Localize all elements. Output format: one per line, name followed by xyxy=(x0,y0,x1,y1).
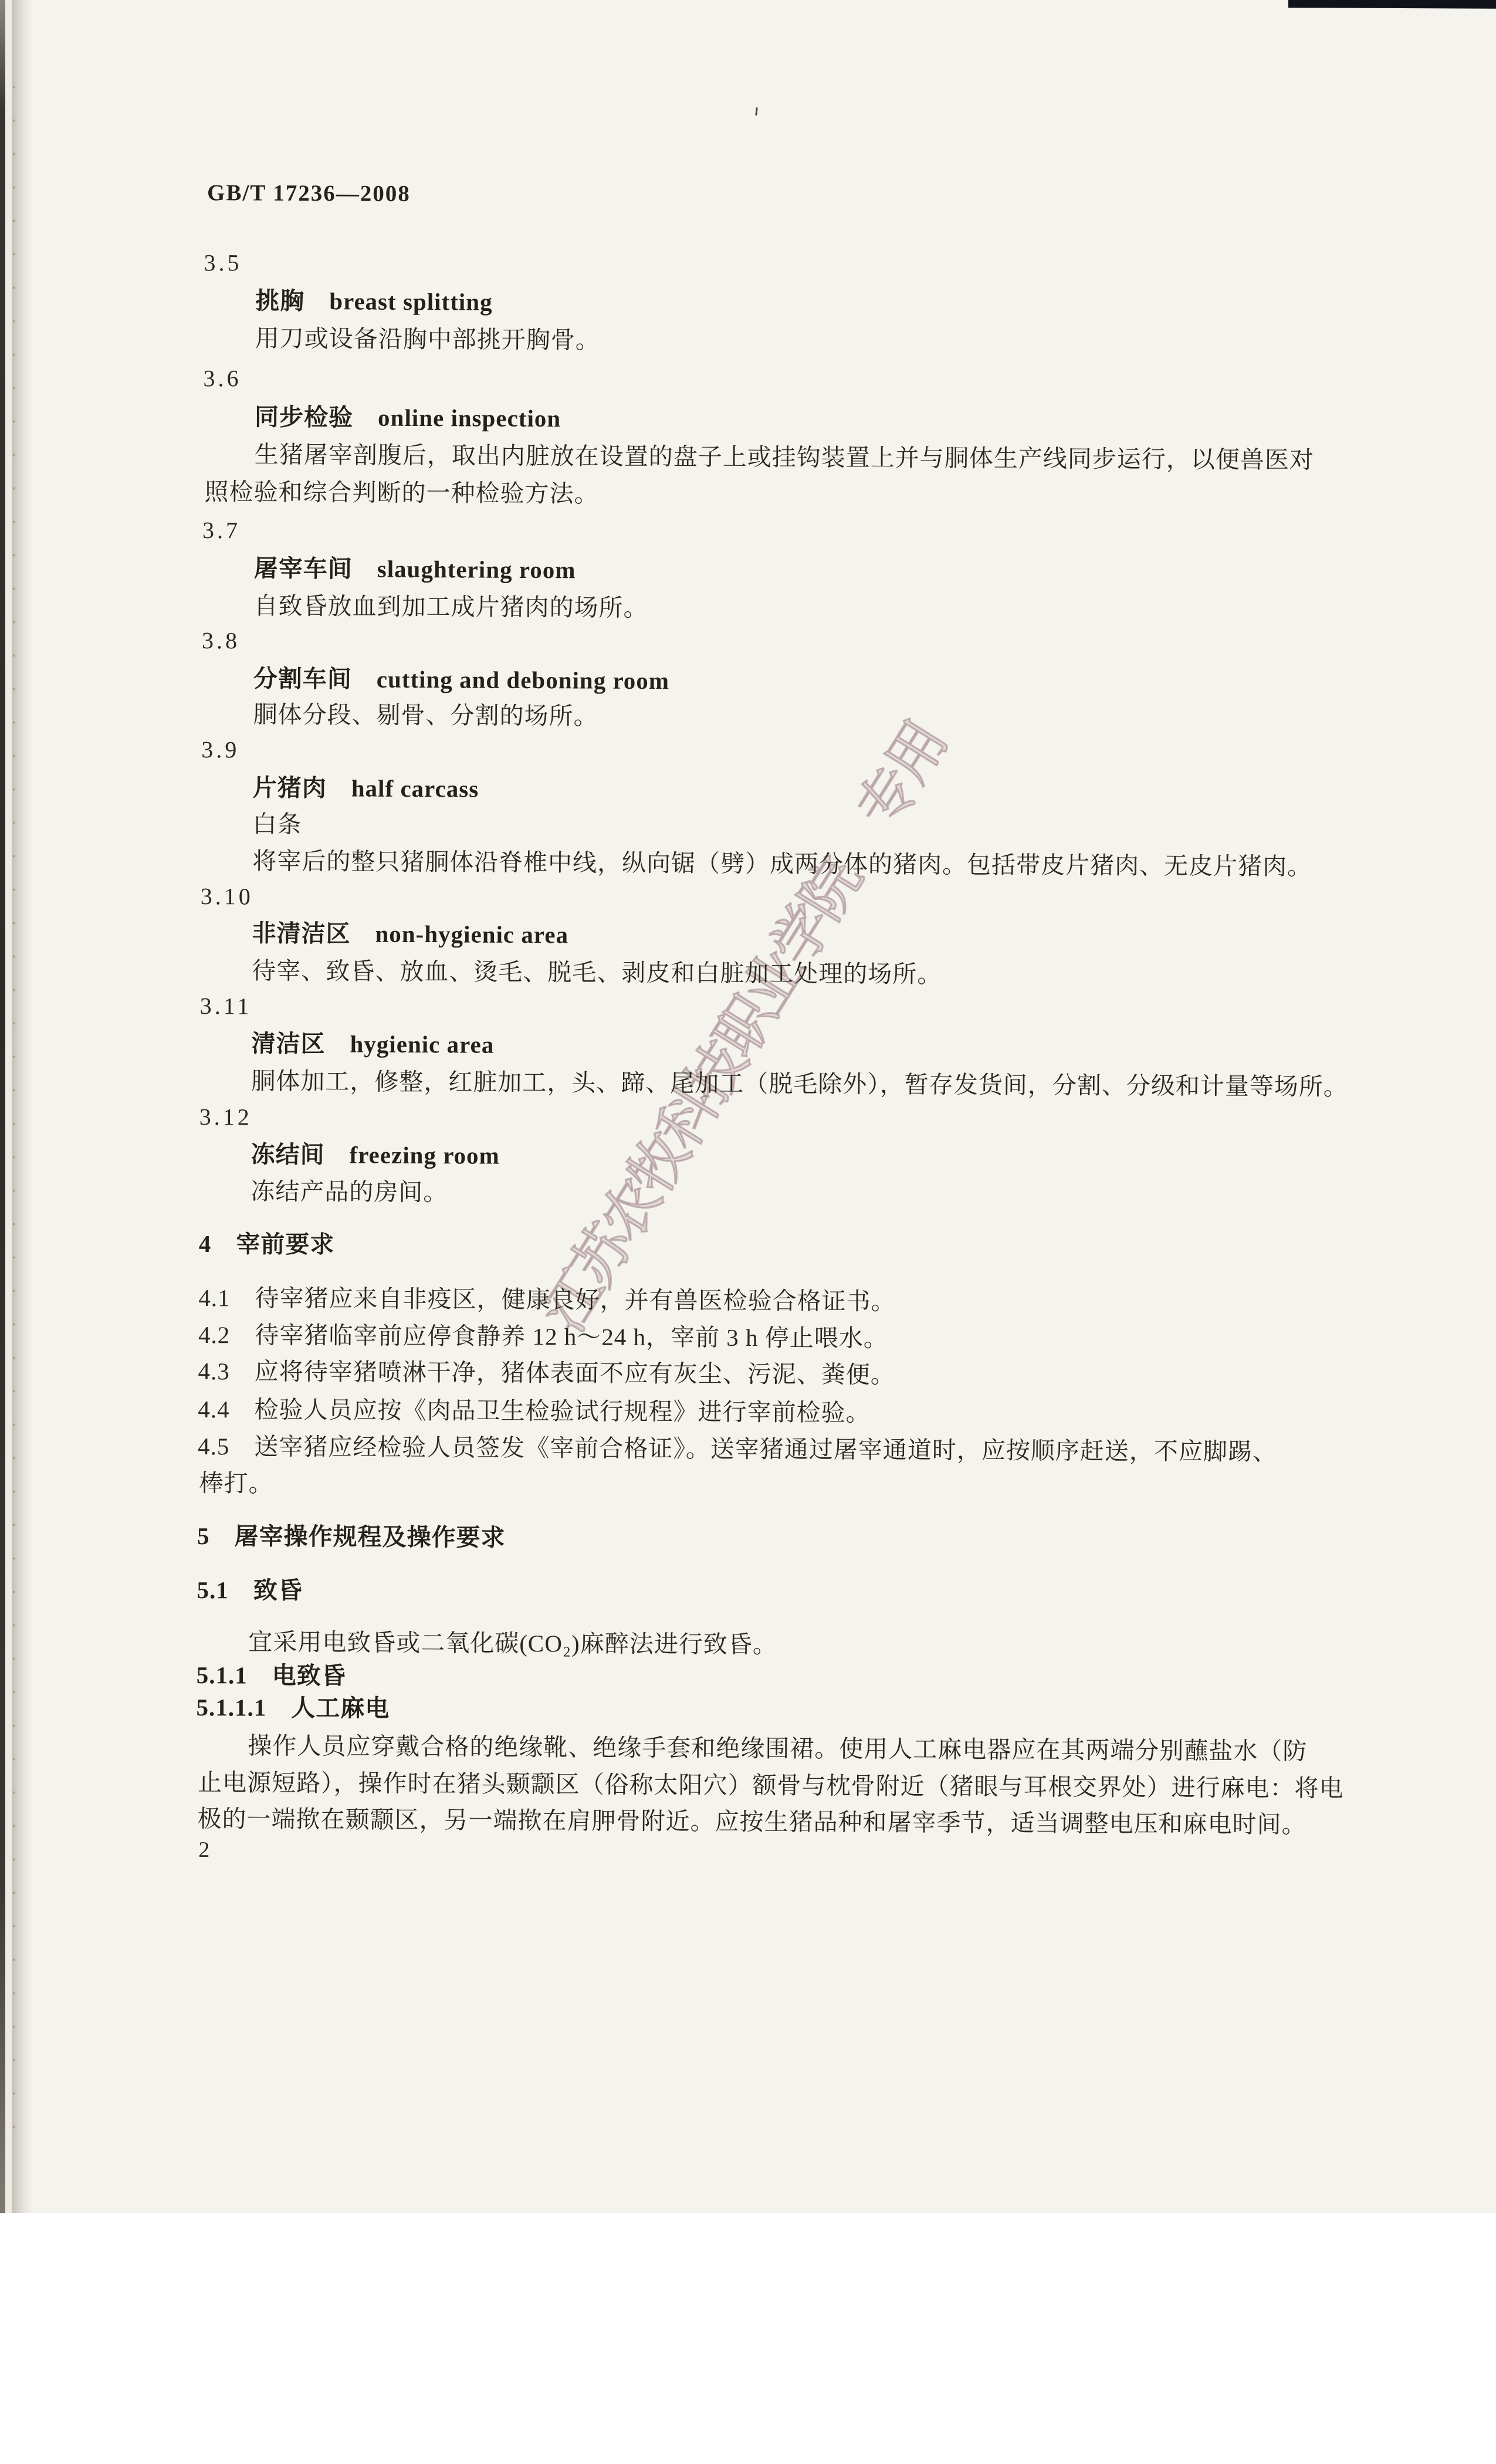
body-text-line: 操作人员应穿戴合格的绝缘靴、绝缘手套和绝缘围裙。使用人工麻电器应在其两端分别蘸盐… xyxy=(248,1731,1307,1767)
clause-number: 3.7 xyxy=(202,516,241,545)
body-text-line: 待宰、致昏、放血、烫毛、脱毛、剥皮和白脏加工处理的场所。 xyxy=(252,956,942,990)
body-text-line: 白条 xyxy=(252,810,302,840)
body-text-line: 用刀或设备沿胸中部挑开胸骨。 xyxy=(255,324,600,356)
spine-speckle-texture xyxy=(8,70,21,2159)
term-heading: 冻结间 freezing room xyxy=(251,1140,500,1171)
clause-text-line: 4.4 检验人员应按《肉品卫生检验试行规程》进行宰前检验。 xyxy=(198,1395,871,1428)
standard-code: GB/T 17236—2008 xyxy=(207,179,411,209)
body-text-line: 照检验和综合判断的一种检验方法。 xyxy=(204,477,598,509)
body-text-line: 极的一端揿在颞颥区，另一端揿在肩胛骨附近。应按生猪品种和屠宰季节，适当调整电压和… xyxy=(198,1804,1307,1840)
body-text-line: 止电源短路），操作时在猪头颞颥区（俗称太阳穴）额骨与枕骨附近（猪眼与耳根交界处）… xyxy=(198,1768,1344,1803)
term-heading: 片猪肉 half carcass xyxy=(253,773,479,804)
term-heading: 清洁区 hygienic area xyxy=(251,1029,494,1060)
term-heading: 挑胸 breast splitting xyxy=(255,286,493,317)
term-heading: 非清洁区 non-hygienic area xyxy=(252,919,568,950)
term-heading: 分割车间 cutting and deboning room xyxy=(253,664,670,696)
clause-text-line: 4.1 待宰猪应来自非疫区，健康良好，并有兽医检验合格证书。 xyxy=(198,1283,896,1316)
section-heading: 5.1.1 电致昏 xyxy=(197,1660,346,1691)
scan-left-edge-dark xyxy=(0,0,5,2213)
page-content: GB/T 17236—20083.5挑胸 breast splitting用刀或… xyxy=(0,0,1496,2217)
clause-number: 3.9 xyxy=(201,735,239,764)
body-text-line: 自致昏放血到加工成片猪肉的场所。 xyxy=(253,591,648,624)
clause-number: 3.11 xyxy=(200,991,252,1021)
section-heading: 5 屠宰操作规程及操作要求 xyxy=(197,1521,506,1553)
body-text-line: 冻结产品的房间。 xyxy=(251,1177,448,1208)
scanned-document: 江苏农牧科技职业学院 专用 GB/T 17236—20083.5挑胸 breas… xyxy=(0,0,1496,2464)
clause-number: 3.5 xyxy=(204,248,242,277)
document-page: 江苏农牧科技职业学院 专用 GB/T 17236—20083.5挑胸 breas… xyxy=(0,0,1496,2213)
body-text-line: 棒打。 xyxy=(199,1468,273,1499)
clause-number: 3.8 xyxy=(202,626,240,655)
body-text-line: 生猪屠宰剖腹后，取出内脏放在设置的盘子上或挂钩装置上并与胴体生产线同步运行，以便… xyxy=(255,440,1314,476)
clause-number: 3.6 xyxy=(203,364,241,393)
body-text-line: 宜采用电致昏或二氧化碳(CO₂)麻醉法进行致昏。 xyxy=(248,1627,777,1660)
clause-number: 3.10 xyxy=(201,882,253,911)
body-text-line: 将宰后的整只猪胴体沿脊椎中线，纵向锯（劈）成两分体的猪肉。包括带皮片猪肉、无皮片… xyxy=(252,847,1312,882)
clause-text-line: 4.3 应将待宰猪喷淋干净，猪体表面不应有灰尘、污泥、粪便。 xyxy=(198,1356,896,1390)
term-heading: 同步检验 online inspection xyxy=(255,402,561,434)
clause-number: 3.12 xyxy=(199,1102,252,1132)
term-heading: 屠宰车间 slaughtering room xyxy=(254,554,576,585)
clause-text-line: 4.5 送宰猪应经检验人员签发《宰前合格证》。送宰猪通过屠宰通道时，应按顺序赶送… xyxy=(198,1431,1277,1467)
body-text-line: 胴体分段、剔骨、分割的场所。 xyxy=(253,700,598,732)
clause-text-line: 4.2 待宰猪临宰前应停食静养 12 h～24 h，宰前 3 h 停止喂水。 xyxy=(198,1320,888,1353)
section-heading: 5.1.1.1 人工麻电 xyxy=(197,1693,390,1724)
scanner-top-bar xyxy=(1288,0,1496,9)
page-number: 2 xyxy=(198,1836,210,1864)
section-heading: 5.1 致昏 xyxy=(197,1575,303,1606)
body-text-line: 胴体加工，修整，红脏加工，头、蹄、尾加工（脱毛除外），暂存发货间，分割、分级和计… xyxy=(251,1067,1348,1102)
section-heading: 4 宰前要求 xyxy=(199,1229,335,1260)
